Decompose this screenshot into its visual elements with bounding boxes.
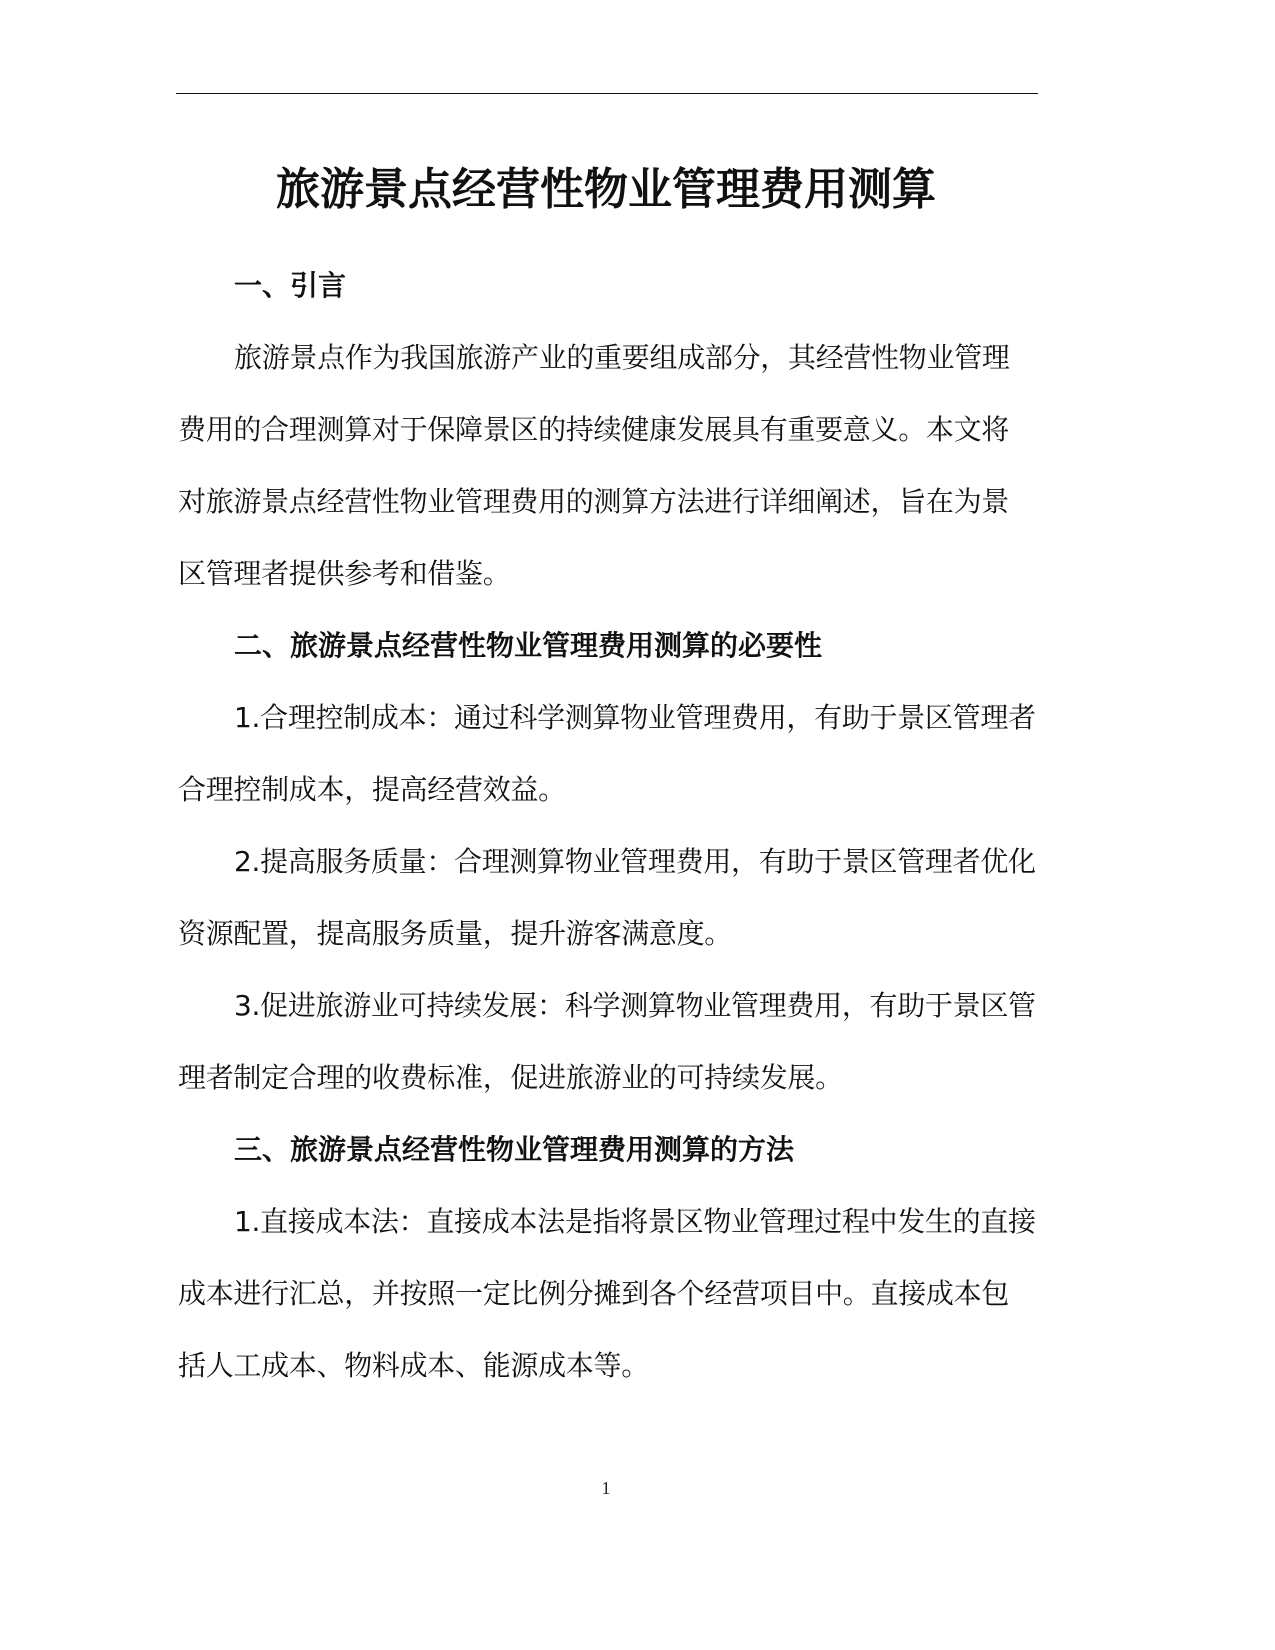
section-methods: 三、旅游景点经营性物业管理费用测算的方法 1.直接成本法：直接成本法是指将景区物… bbox=[178, 1114, 1038, 1402]
paragraph-line: 资源配置，提高服务质量，提升游客满意度。 bbox=[178, 898, 1038, 970]
list-item-paragraph: 1.合理控制成本：通过科学测算物业管理费用，有助于景区管理者 合理控制成本，提高… bbox=[178, 682, 1038, 826]
paragraph-line: 2.提高服务质量：合理测算物业管理费用，有助于景区管理者优化 bbox=[178, 826, 1038, 898]
list-item-paragraph: 2.提高服务质量：合理测算物业管理费用，有助于景区管理者优化 资源配置，提高服务… bbox=[178, 826, 1038, 970]
paragraph-line: 1.合理控制成本：通过科学测算物业管理费用，有助于景区管理者 bbox=[178, 682, 1038, 754]
document-title: 旅游景点经营性物业管理费用测算 bbox=[0, 160, 1212, 220]
paragraph-line: 成本进行汇总，并按照一定比例分摊到各个经营项目中。直接成本包 bbox=[178, 1258, 1038, 1330]
header-rule bbox=[176, 93, 1038, 94]
paragraph-line: 区管理者提供参考和借鉴。 bbox=[178, 538, 1038, 610]
document-body: 一、引言 旅游景点作为我国旅游产业的重要组成部分，其经营性物业管理 费用的合理测… bbox=[178, 250, 1038, 1402]
paragraph-line: 括人工成本、物料成本、能源成本等。 bbox=[178, 1330, 1038, 1402]
section-heading: 三、旅游景点经营性物业管理费用测算的方法 bbox=[178, 1114, 1038, 1186]
page-number: 1 bbox=[0, 1478, 1212, 1499]
list-item-paragraph: 3.促进旅游业可持续发展：科学测算物业管理费用，有助于景区管 理者制定合理的收费… bbox=[178, 970, 1038, 1114]
paragraph: 旅游景点作为我国旅游产业的重要组成部分，其经营性物业管理 费用的合理测算对于保障… bbox=[178, 322, 1038, 610]
paragraph-line: 1.直接成本法：直接成本法是指将景区物业管理过程中发生的直接 bbox=[178, 1186, 1038, 1258]
section-heading: 一、引言 bbox=[178, 250, 1038, 322]
paragraph-line: 理者制定合理的收费标准，促进旅游业的可持续发展。 bbox=[178, 1042, 1038, 1114]
section-heading: 二、旅游景点经营性物业管理费用测算的必要性 bbox=[178, 610, 1038, 682]
list-item-paragraph: 1.直接成本法：直接成本法是指将景区物业管理过程中发生的直接 成本进行汇总，并按… bbox=[178, 1186, 1038, 1402]
paragraph-line: 3.促进旅游业可持续发展：科学测算物业管理费用，有助于景区管 bbox=[178, 970, 1038, 1042]
section-necessity: 二、旅游景点经营性物业管理费用测算的必要性 1.合理控制成本：通过科学测算物业管… bbox=[178, 610, 1038, 1114]
paragraph-line: 合理控制成本，提高经营效益。 bbox=[178, 754, 1038, 826]
section-introduction: 一、引言 旅游景点作为我国旅游产业的重要组成部分，其经营性物业管理 费用的合理测… bbox=[178, 250, 1038, 610]
paragraph-line: 旅游景点作为我国旅游产业的重要组成部分，其经营性物业管理 bbox=[178, 322, 1038, 394]
paragraph-line: 对旅游景点经营性物业管理费用的测算方法进行详细阐述，旨在为景 bbox=[178, 466, 1038, 538]
paragraph-line: 费用的合理测算对于保障景区的持续健康发展具有重要意义。本文将 bbox=[178, 394, 1038, 466]
